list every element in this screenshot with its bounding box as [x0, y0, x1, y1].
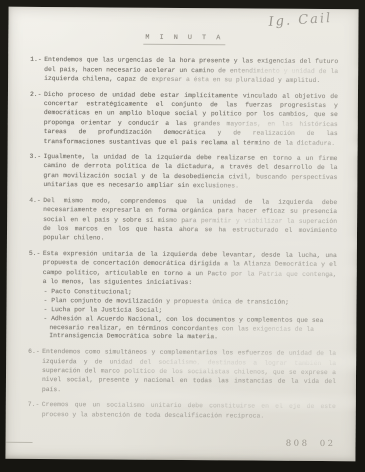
paragraph-text: Esta expresión unitaria de la izquierda … — [43, 250, 337, 286]
title-row: M I N U T A — [30, 32, 338, 47]
paragraph: 5.- Esta expresión unitaria de la izquie… — [28, 249, 337, 344]
paragraph: 4.- Del mismo modo, comprendemos que la … — [29, 196, 337, 245]
paragraph-number: 2.- — [30, 90, 44, 147]
paragraph-text: Entendemos como simultáneos y complement… — [42, 348, 336, 393]
paragraph-body: Entendemos que las urgencias de la hora … — [44, 55, 338, 85]
paragraph-body: Del mismo modo, comprendemos que la unid… — [43, 196, 337, 245]
paragraph: 6.- Entendemos como simultáneos y comple… — [28, 347, 336, 396]
paragraph-number: 4.- — [29, 196, 43, 243]
paragraph-text: Creemos que un socialismo unitario debe … — [42, 401, 336, 419]
paragraph: 1.- Entendemos que las urgencias de la h… — [30, 55, 338, 85]
document-title: M I N U T A — [143, 34, 225, 46]
paragraph: 7.- Creemos que un socialismo unitario d… — [28, 400, 336, 421]
paragraph-number: 3.- — [29, 152, 43, 190]
paragraph: 2.- Dicho proceso de unidad debe estar i… — [30, 90, 338, 149]
page-number-stamp: 808 02 — [286, 439, 336, 449]
paragraph-text: Igualmente, la unidad de la izquierda de… — [43, 153, 337, 190]
paragraph-body: Igualmente, la unidad de la izquierda de… — [43, 152, 337, 192]
scan-mark-dash — [6, 442, 33, 443]
paragraph-number: 7.- — [28, 400, 42, 419]
paragraph-number: 5.- — [28, 249, 43, 342]
paragraph-body: Entendemos como simultáneos y complement… — [42, 347, 336, 396]
paragraph-items: - Pacto Constitucional;- Plan conjunto d… — [42, 288, 336, 343]
paragraph-text: Dicho proceso de unidad debe estar implí… — [44, 91, 338, 147]
paragraph-body: Creemos que un socialismo unitario debe … — [42, 400, 336, 421]
paragraph-body: Esta expresión unitaria de la izquierda … — [42, 249, 337, 343]
paragraph-text: Entendemos que las urgencias de la hora … — [44, 56, 338, 84]
paragraph-list: 1.- Entendemos que las urgencias de la h… — [28, 55, 339, 421]
paragraph-number: 1.- — [30, 55, 44, 83]
bullet-item: - Adhesión al Acuerdo Nacional, con los … — [42, 315, 336, 343]
paragraph-text: Del mismo modo, comprendemos que la unid… — [43, 197, 337, 242]
paragraph-number: 6.- — [28, 347, 42, 394]
paragraph: 3.- Igualmente, la unidad de la izquierd… — [29, 152, 337, 192]
typewritten-content: M I N U T A 1.- Entendemos que las urgen… — [5, 7, 358, 461]
paper-sheet: Ig. Cail M I N U T A 1.- Entendemos que … — [5, 7, 358, 461]
paragraph-body: Dicho proceso de unidad debe estar implí… — [44, 90, 338, 148]
scanned-document-page: Ig. Cail M I N U T A 1.- Entendemos que … — [0, 0, 365, 472]
